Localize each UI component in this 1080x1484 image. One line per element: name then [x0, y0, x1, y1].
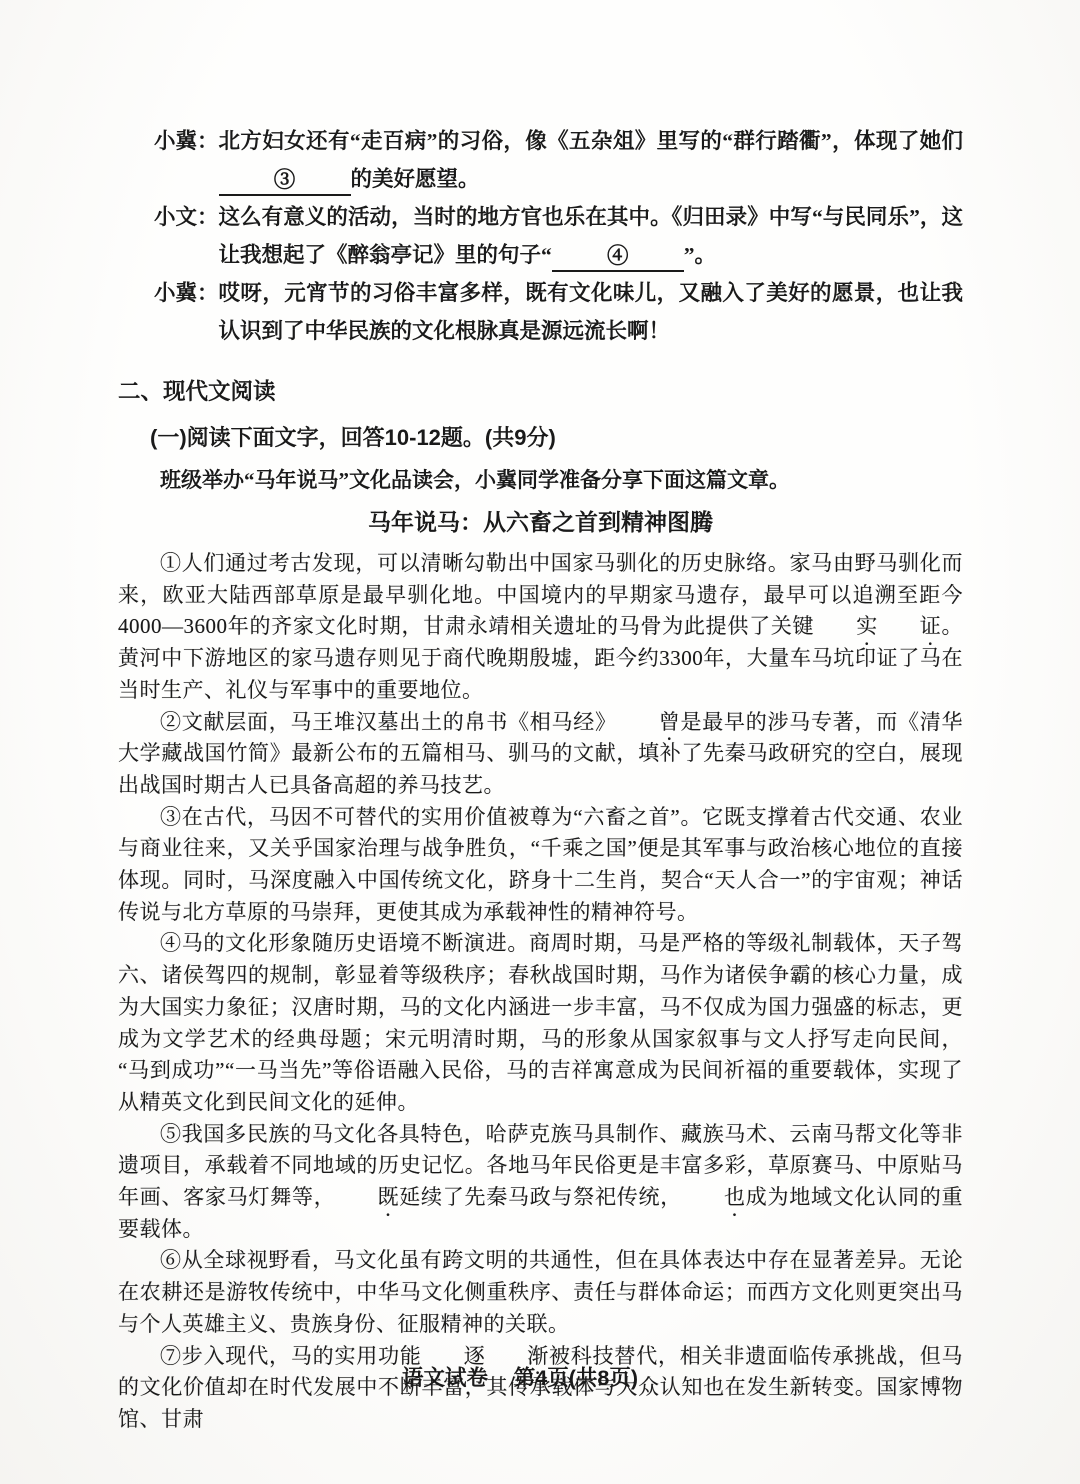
- page-content: 小冀： 北方妇女还有“走百病”的习俗，像《五杂俎》里写的“群行踏衢”，体现了她们…: [118, 122, 963, 1436]
- article-title: 马年说马：从六畜之首到精神图腾: [118, 504, 963, 540]
- answer-blank: ③: [219, 167, 351, 196]
- emphasis-char: 实: [814, 611, 878, 643]
- emphasis-char: 也: [682, 1182, 746, 1214]
- article-paragraph: ④马的文化形象随历史语境不断演进。商周时期，马是严格的等级礼制载体，天子驾六、诸…: [118, 928, 963, 1118]
- dialog-text: 哎呀，元宵节的习俗丰富多样，既有文化味儿，又融入了美好的愿景，也让我认识到了中华…: [219, 274, 963, 350]
- speaker-label: 小冀：: [154, 274, 219, 312]
- footer-title: 语文试卷: [402, 1366, 488, 1390]
- article-paragraph: ②文献层面，马王堆汉墓出土的帛书《相马经》曾是最早的涉马专著，而《清华大学藏战国…: [118, 707, 963, 802]
- article-paragraph: ⑤我国多民族的马文化各具特色，哈萨克族马具制作、藏族马术、云南马帮文化等非遗项目…: [118, 1119, 963, 1246]
- intro-text: 班级举办“马年说马”文化品读会，小冀同学准备分享下面这篇文章。: [118, 462, 963, 498]
- section-subheading: (一)阅读下面文字，回答10-12题。(共9分): [118, 418, 963, 458]
- section-heading: 二、现代文阅读: [118, 372, 963, 412]
- dialog-text: 这么有意义的活动，当时的地方官也乐在其中。《归田录》中写“与民同乐”，这让我想起…: [219, 198, 963, 274]
- dialog-line: 小冀： 哎呀，元宵节的习俗丰富多样，既有文化味儿，又融入了美好的愿景，也让我认识…: [154, 274, 963, 350]
- article-paragraph: ⑥从全球视野看，马文化虽有跨文明的共通性，但在具体表达中存在显著差异。无论在农耕…: [118, 1245, 963, 1340]
- footer-page-number: 第4页(共8页): [514, 1366, 638, 1390]
- emphasis-char: 曾: [617, 707, 681, 739]
- dialog-text: 北方妇女还有“走百病”的习俗，像《五杂俎》里写的“群行踏衢”，体现了她们③的美好…: [219, 122, 963, 198]
- article-body: ①人们通过考古发现，可以清晰勾勒出中国家马驯化的历史脉络。家马由野马驯化而来，欧…: [118, 548, 963, 1436]
- scanned-exam-page: 小冀： 北方妇女还有“走百病”的习俗，像《五杂俎》里写的“群行踏衢”，体现了她们…: [0, 0, 1080, 1484]
- emphasis-char: 证: [878, 611, 942, 643]
- dialog-line: 小冀： 北方妇女还有“走百病”的习俗，像《五杂俎》里写的“群行踏衢”，体现了她们…: [154, 122, 963, 198]
- article-paragraph: ①人们通过考古发现，可以清晰勾勒出中国家马驯化的历史脉络。家马由野马驯化而来，欧…: [118, 548, 963, 707]
- article-paragraph: ③在古代，马因不可替代的实用价值被尊为“六畜之首”。它既支撑着古代交通、农业与商…: [118, 802, 963, 929]
- emphasis-char: 既: [336, 1182, 400, 1214]
- dialog-section: 小冀： 北方妇女还有“走百病”的习俗，像《五杂俎》里写的“群行踏衢”，体现了她们…: [118, 122, 963, 350]
- speaker-label: 小文：: [154, 198, 219, 236]
- dialog-line: 小文： 这么有意义的活动，当时的地方官也乐在其中。《归田录》中写“与民同乐”，这…: [154, 198, 963, 274]
- answer-blank: ④: [552, 243, 684, 272]
- page-footer: 语文试卷第4页(共8页): [0, 1361, 1040, 1392]
- speaker-label: 小冀：: [154, 122, 219, 160]
